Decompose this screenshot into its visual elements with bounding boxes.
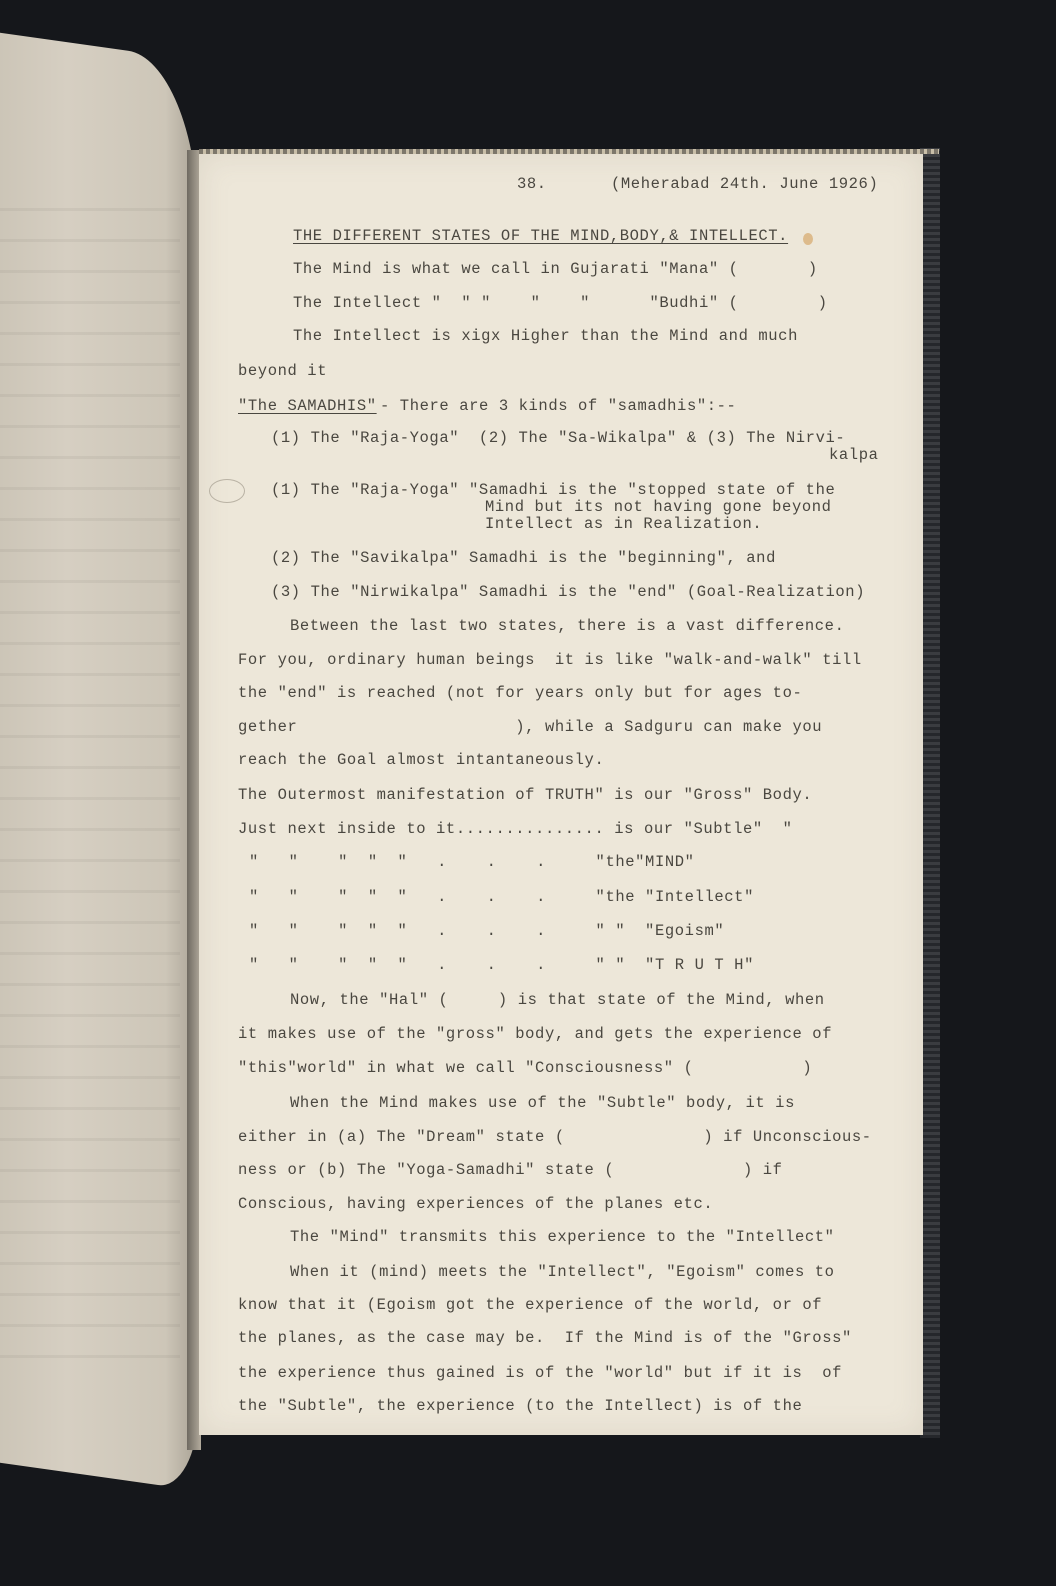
text-line: Now, the "Hal" ( ) is that state of the … — [290, 991, 825, 1009]
dateline: (Meherabad 24th. June 1926) — [611, 175, 878, 193]
text-line: ness or (b) The "Yoga-Samadhi" state ( )… — [238, 1161, 783, 1179]
text-line: When the Mind makes use of the "Subtle" … — [290, 1094, 795, 1112]
text-line: When it (mind) meets the "Intellect", "E… — [290, 1263, 835, 1281]
text-line: (1) The "Raja-Yoga" (2) The "Sa-Wikalpa"… — [271, 429, 845, 447]
text-line: " " " " " . . . "the"MIND" — [249, 853, 695, 871]
text-line: The Intellect is xigx Higher than the Mi… — [293, 327, 798, 345]
text-line: reach the Goal almost intantaneously. — [238, 751, 604, 769]
text-line: Conscious, having experiences of the pla… — [238, 1195, 713, 1213]
text-line: For you, ordinary human beings it is lik… — [238, 651, 862, 669]
text-line: the "Subtle", the experience (to the Int… — [238, 1397, 802, 1415]
text-line: The Mind is what we call in Gujarati "Ma… — [293, 260, 818, 278]
text-line: Just next inside to it............... is… — [238, 820, 792, 838]
text-line: either in (a) The "Dream" state ( ) if U… — [238, 1128, 872, 1146]
rust-stain — [803, 233, 813, 245]
binding-stitch — [199, 149, 939, 154]
page-title: THE DIFFERENT STATES OF THE MIND,BODY,& … — [293, 227, 788, 245]
typewritten-page: 38. (Meherabad 24th. June 1926) THE DIFF… — [199, 153, 923, 1435]
text-line: the experience thus gained is of the "wo… — [238, 1364, 842, 1382]
left-page-show-through-text — [0, 180, 180, 1380]
text-line: gether ), while a Sadguru can make you — [238, 718, 822, 736]
text-line: Intellect as in Realization. — [485, 515, 762, 533]
text-line: (1) The "Raja-Yoga" "Samadhi is the "sto… — [271, 481, 835, 499]
samadhis-heading: "The SAMADHIS" — [238, 397, 377, 415]
text-line: " " " " " . . . " " "Egoism" — [249, 922, 724, 940]
text-line: Mind but its not having gone beyond — [485, 498, 832, 516]
text-line: "this"world" in what we call "Consciousn… — [238, 1059, 812, 1077]
text-line: (3) The "Nirwikalpa" Samadhi is the "end… — [271, 583, 865, 601]
pencil-mark — [209, 479, 245, 503]
text-line: Between the last two states, there is a … — [290, 617, 844, 635]
text-line: " " " " " . . . " " "T R U T H" — [249, 956, 754, 974]
text-line: - There are 3 kinds of "samadhis":-- — [380, 397, 736, 415]
text-line: " " " " " . . . "the "Intellect" — [249, 888, 754, 906]
text-line: the planes, as the case may be. If the M… — [238, 1329, 852, 1347]
text-line: The "Mind" transmits this experience to … — [290, 1228, 835, 1246]
page-number: 38. — [517, 175, 547, 193]
text-line: The Intellect " " " " " "Budhi" ( ) — [293, 294, 828, 312]
book-cover-edge — [920, 148, 940, 1438]
text-line: (2) The "Savikalpa" Samadhi is the "begi… — [271, 549, 776, 567]
text-line: the "end" is reached (not for years only… — [238, 684, 802, 702]
text-line: kalpa — [829, 446, 879, 464]
text-line: The Outermost manifestation of TRUTH" is… — [238, 786, 812, 804]
text-line: know that it (Egoism got the experience … — [238, 1296, 822, 1314]
text-line: it makes use of the "gross" body, and ge… — [238, 1025, 832, 1043]
text-line: beyond it — [238, 362, 327, 380]
